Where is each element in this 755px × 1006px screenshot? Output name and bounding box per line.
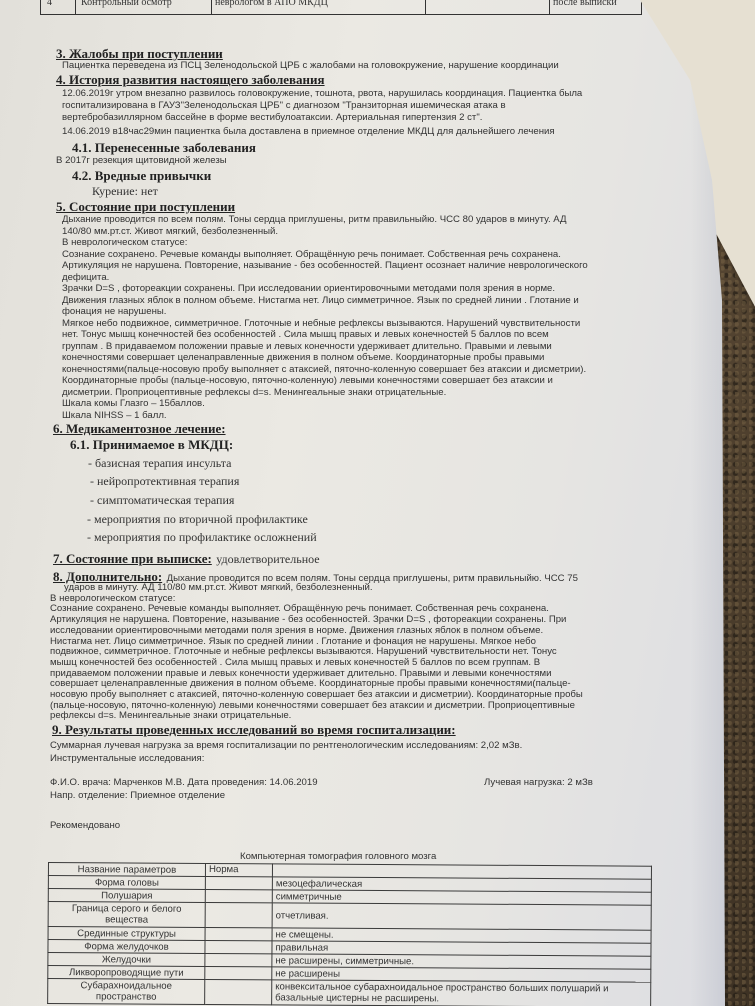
section-4-title: 4. История развития настоящего заболеван…: [56, 72, 325, 88]
ct-cell-value: конвекситальное субарахноидальное простр…: [272, 980, 651, 1006]
section-3-text: Пациентка переведена из ПСЦ Зеленодольск…: [62, 60, 559, 73]
dose-info: Лучевая нагрузка: 2 мЗв: [484, 777, 593, 790]
ct-cell-norm: [205, 979, 272, 1004]
ct-cell-norm: [205, 889, 272, 902]
ct-cell-value: отчетливая.: [272, 903, 651, 930]
ct-cell-param: Форма желудочков: [48, 940, 205, 954]
document-page: 4 Контрольный осмотр неврологом в АПО МК…: [0, 0, 730, 1006]
instrumental-label: Инструментальные исследования:: [50, 753, 204, 766]
section-4-line: вертебробазиллярном бассейне в форме вес…: [62, 112, 482, 125]
row-by: неврологом в АПО МКДЦ: [215, 0, 328, 8]
recommendations-table-row: 4 Контрольный осмотр неврологом в АПО МК…: [40, 0, 642, 15]
ct-table-row: Субарахноидальное пространствоконвексита…: [48, 979, 651, 1006]
ct-cell-norm: [205, 966, 272, 979]
section-4-line: 14.06.2019 в18час29мин пациентка была до…: [62, 126, 555, 139]
department-info: Напр. отделение: Приемное отделение: [50, 790, 225, 803]
section-4-line: госпитализирована в ГАУЗ"Зеленодольская …: [62, 100, 506, 113]
ct-cell-norm: [205, 876, 272, 889]
section-4-1-text: В 2017г резекция щитовидной железы: [56, 155, 227, 168]
treatment-item: - симптоматическая терапия: [90, 493, 234, 508]
ct-cell-param: Желудочки: [48, 953, 205, 967]
section-7: 7. Состояние при выписке: удовлетворител…: [53, 550, 320, 568]
section-4-2-text: Курение: нет: [92, 184, 158, 199]
total-dose: Суммарная лучевая нагрузка за время госп…: [50, 740, 522, 753]
ct-results-table: Название параметровНормаФорма головымезо…: [47, 862, 652, 1006]
section-7-title: 7. Состояние при выписке:: [53, 551, 212, 566]
treatment-item: - мероприятия по профилактике осложнений: [87, 530, 317, 545]
ct-header-cell: Название параметров: [48, 863, 205, 877]
discharge-state: удовлетворительное: [216, 552, 319, 566]
treatment-item: - мероприятия по вторичной профилактике: [87, 512, 308, 527]
ct-cell-param: Субарахноидальное пространство: [48, 979, 205, 1005]
ct-cell-param: Граница серого и белого вещества: [48, 902, 205, 928]
ct-cell-norm: [205, 953, 272, 966]
section-5-line: Артикуляция не нарушена. Повторение, наз…: [62, 260, 588, 273]
doctor-info: Ф.И.О. врача: Марченков М.В. Дата провед…: [50, 777, 318, 790]
row-when: после выписки: [553, 0, 617, 8]
ct-cell-norm: [205, 940, 272, 953]
ct-table-row: Граница серого и белого веществаотчетлив…: [48, 902, 651, 931]
row-number: 4: [47, 0, 52, 8]
ct-cell-norm: [205, 927, 272, 940]
section-4-2-title: 4.2. Вредные привычки: [72, 168, 211, 184]
section-4-1-title: 4.1. Перенесенные заболевания: [72, 140, 256, 156]
ct-cell-param: Форма головы: [48, 876, 205, 890]
row-item: Контрольный осмотр: [81, 0, 172, 8]
recommended-label: Рекомендовано: [50, 820, 120, 833]
section-6-1-title: 6.1. Принимаемое в МКДЦ:: [70, 437, 233, 453]
section-6-title: 6. Медикаментозное лечение:: [53, 421, 226, 437]
section-9-title: 9. Результаты проведенных исследований в…: [52, 722, 456, 738]
ct-table-title: Компьютерная томография головного мозга: [240, 851, 436, 862]
treatment-item: - нейропротективная терапия: [90, 474, 239, 489]
section-5-title: 5. Состояние при поступлении: [56, 199, 235, 215]
ct-cell-norm: [205, 902, 272, 927]
ct-header-cell: Норма: [205, 863, 272, 876]
ct-cell-param: Ликворопроводящие пути: [48, 966, 205, 980]
treatment-item: - базисная терапия инсульта: [88, 456, 232, 471]
section-4-line: 12.06.2019г утром внезапно развилось гол…: [62, 88, 582, 101]
ct-cell-param: Срединные структуры: [48, 927, 205, 941]
ct-cell-param: Полушария: [48, 889, 205, 903]
